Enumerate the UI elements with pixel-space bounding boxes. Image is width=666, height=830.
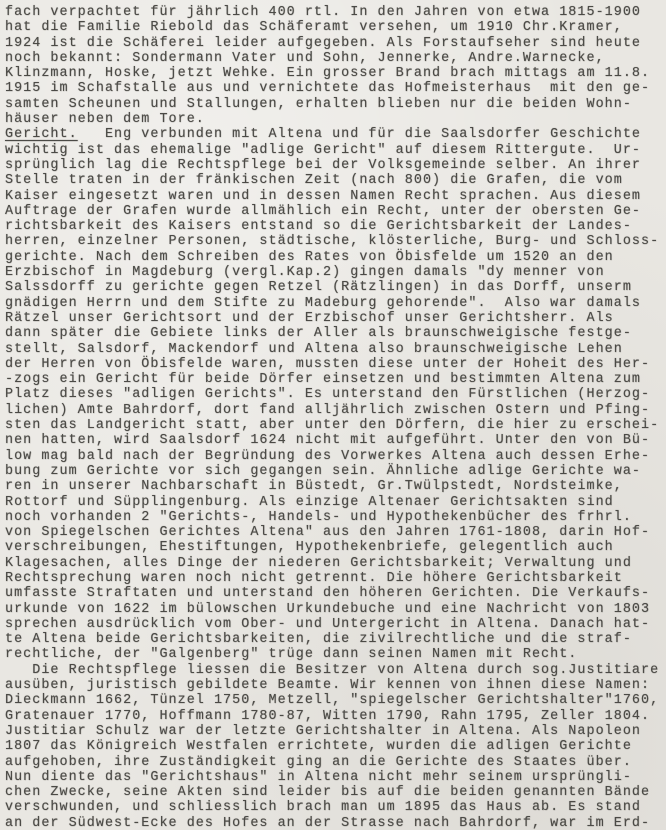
text-line: gnädigen Herrn und dem Stifte zu Madebur… [5, 296, 665, 311]
text-line: Dieckmann 1662, Tünzel 1750, Metzell, "s… [5, 693, 665, 708]
section-heading: Gericht. [5, 127, 78, 142]
text-line: Rottorf und Süpplingenburg. Als einzige … [5, 495, 665, 510]
text-line: von Spiegelschen Gerichtes Altena" aus d… [5, 525, 665, 540]
text-line: samten Scheunen und Stallungen, erhalten… [5, 97, 665, 112]
text-line: sprechen ausdrücklich vom Ober- und Unte… [5, 617, 665, 632]
text-line: lichen) Amte Bahrdorf, dort fand alljähr… [5, 403, 665, 418]
text-line: Kaiser eingesetzt waren und in dessen Na… [5, 189, 665, 204]
text-line: herren, einzelner Personen, städtische, … [5, 234, 665, 249]
text-line: Gratenauer 1770, Hoffmann 1780-87, Witte… [5, 709, 665, 724]
text-line: umfasste Straftaten und unterstand den h… [5, 586, 665, 601]
text-line: hat die Familie Riebold das Schäferamt v… [5, 20, 665, 35]
text-line: Klagesachen, alles Dinge der niederen Ge… [5, 556, 665, 571]
text-line: sprünglich lag die Rechtspflege bei der … [5, 158, 665, 173]
text-line: urkunde von 1622 im bülowschen Urkundebu… [5, 602, 665, 617]
text-line: stellt, Salsdorf, Mackendorf und Altena … [5, 342, 665, 357]
text-line: Nun diente das "Gerichtshaus" in Altena … [5, 770, 665, 785]
page-text-block: fach verpachtet für jährlich 400 rtl. In… [5, 5, 665, 830]
text-line: Salssdorff zu gerichte gegen Retzel (Rät… [5, 280, 665, 295]
text-line: Gericht. Eng verbunden mit Altena und fü… [5, 127, 665, 142]
text-line: Platz dieses "adligen Gerichts". Es unte… [5, 387, 665, 402]
text-line: -zogs ein Gericht für beide Dörfer einse… [5, 372, 665, 387]
text-line: gerichte. Nach dem Schreiben des Rates v… [5, 250, 665, 265]
text-line: sten das Landgericht statt, aber unter d… [5, 418, 665, 433]
text-line: verschwunden, und schliesslich brach man… [5, 800, 665, 815]
text-line: richtsbarkeit des Kaisers entstand so di… [5, 219, 665, 234]
text-line: 1807 das Königreich Westfalen errichtete… [5, 739, 665, 754]
text-line: dann später die Gebiete links der Aller … [5, 326, 665, 341]
text-line: 1924 ist die Schäferei leider aufgegeben… [5, 36, 665, 51]
text-line: Justitiar Schulz war der letzte Gerichts… [5, 724, 665, 739]
text-line: rechtliche, der "Galgenberg" trüge dann … [5, 647, 665, 662]
text-line: wichtig ist das ehemalige "adlige Gerich… [5, 143, 665, 158]
text-line: low mag bald nach der Begründung des Vor… [5, 449, 665, 464]
scanned-document: { "page": { "paper_color": "#e9e7e2", "i… [0, 0, 666, 830]
text-line: nen hatten, wird Saalsdorf 1624 nicht mi… [5, 433, 665, 448]
text-line: Rechtsprechung waren noch nicht getrennt… [5, 571, 665, 586]
text-line: ausüben, juristisch gebildete Beamte. Wi… [5, 678, 665, 693]
text-line: an der Südwest-Ecke des Hofes an der Str… [5, 816, 665, 830]
text-line: ren in unserer Nachbarschaft in Büstedt,… [5, 479, 665, 494]
text-line: Rätzel unser Gerichtsort und der Erzbisc… [5, 311, 665, 326]
document-page: fach verpachtet für jährlich 400 rtl. In… [5, 5, 665, 829]
text-line: bung zum Gerichte vor sich gegangen sein… [5, 464, 665, 479]
text-line: 1915 im Schafstalle aus und vernichtete … [5, 81, 665, 96]
text-line: fach verpachtet für jährlich 400 rtl. In… [5, 5, 665, 20]
text-line: aufgehoben, ihre Zuständigkeit ging an d… [5, 755, 665, 770]
text-line: Auftrage der Grafen wurde allmählich ein… [5, 204, 665, 219]
text-line: Die Rechtspflege liessen die Besitzer vo… [5, 663, 665, 678]
text-line: Stelle traten in der fränkischen Zeit (n… [5, 173, 665, 188]
text-line: Erzbischof in Magdeburg (vergl.Kap.2) gi… [5, 265, 665, 280]
text-line: Klinzmann, Hoske, jetzt Wehke. Ein gross… [5, 66, 665, 81]
text-line: der Herren von Öbisfelde waren, mussten … [5, 357, 665, 372]
text-line: noch bekannt: Sondermann Vater und Sohn,… [5, 51, 665, 66]
text-line: chen Zwecke, seine Akten sind leider bis… [5, 785, 665, 800]
text-line: verschreibungen, Ehestiftungen, Hypothek… [5, 540, 665, 555]
text-line: noch vorhanden 2 "Gerichts-, Handels- un… [5, 510, 665, 525]
text-line: te Altena beide Gerichtsbarkeiten, die z… [5, 632, 665, 647]
text-line: häuser neben dem Tore. [5, 112, 665, 127]
